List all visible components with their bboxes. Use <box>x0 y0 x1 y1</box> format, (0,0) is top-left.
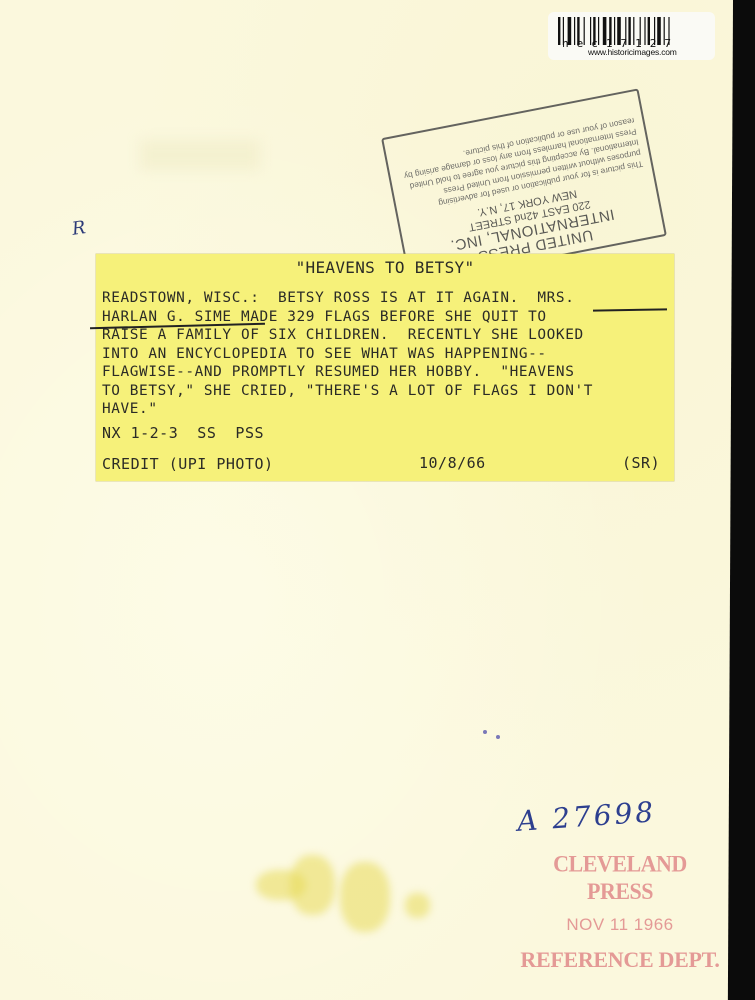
received-stamp: CLEVELAND PRESS NOV 11 1966 REFERENCE DE… <box>520 852 720 973</box>
handwritten-initials: R <box>71 217 87 240</box>
stamp-date: NOV 11 1966 <box>520 915 720 935</box>
paper-smudge <box>140 140 260 170</box>
caption-credit: CREDIT (UPI PHOTO) <box>102 455 274 473</box>
caption-initials: (SR) <box>622 454 660 472</box>
caption-date: 10/8/66 <box>419 454 486 472</box>
ink-speck <box>496 735 500 739</box>
barcode-url: www.historicimages.com <box>588 47 677 57</box>
water-stain <box>340 862 390 932</box>
caption-body: READSTOWN, WISC.: BETSY ROSS IS AT IT AG… <box>102 289 674 419</box>
caption-code: NX 1-2-3 SS PSS <box>102 424 264 442</box>
water-stain <box>290 855 335 915</box>
photo-back-paper: nec17127 www.historicimages.com UNITED P… <box>0 0 733 1000</box>
handwritten-archive-number: A 27698 <box>516 795 657 838</box>
barcode-label: nec17127 www.historicimages.com <box>548 12 715 60</box>
caption-tag: "HEAVENS TO BETSY" READSTOWN, WISC.: BET… <box>96 254 674 481</box>
water-stain <box>405 893 430 918</box>
stamp-department: REFERENCE DEPT. <box>520 947 720 973</box>
ink-speck <box>483 730 487 734</box>
stamp-newspaper: CLEVELAND PRESS <box>520 851 720 906</box>
caption-headline: "HEAVENS TO BETSY" <box>96 258 674 277</box>
